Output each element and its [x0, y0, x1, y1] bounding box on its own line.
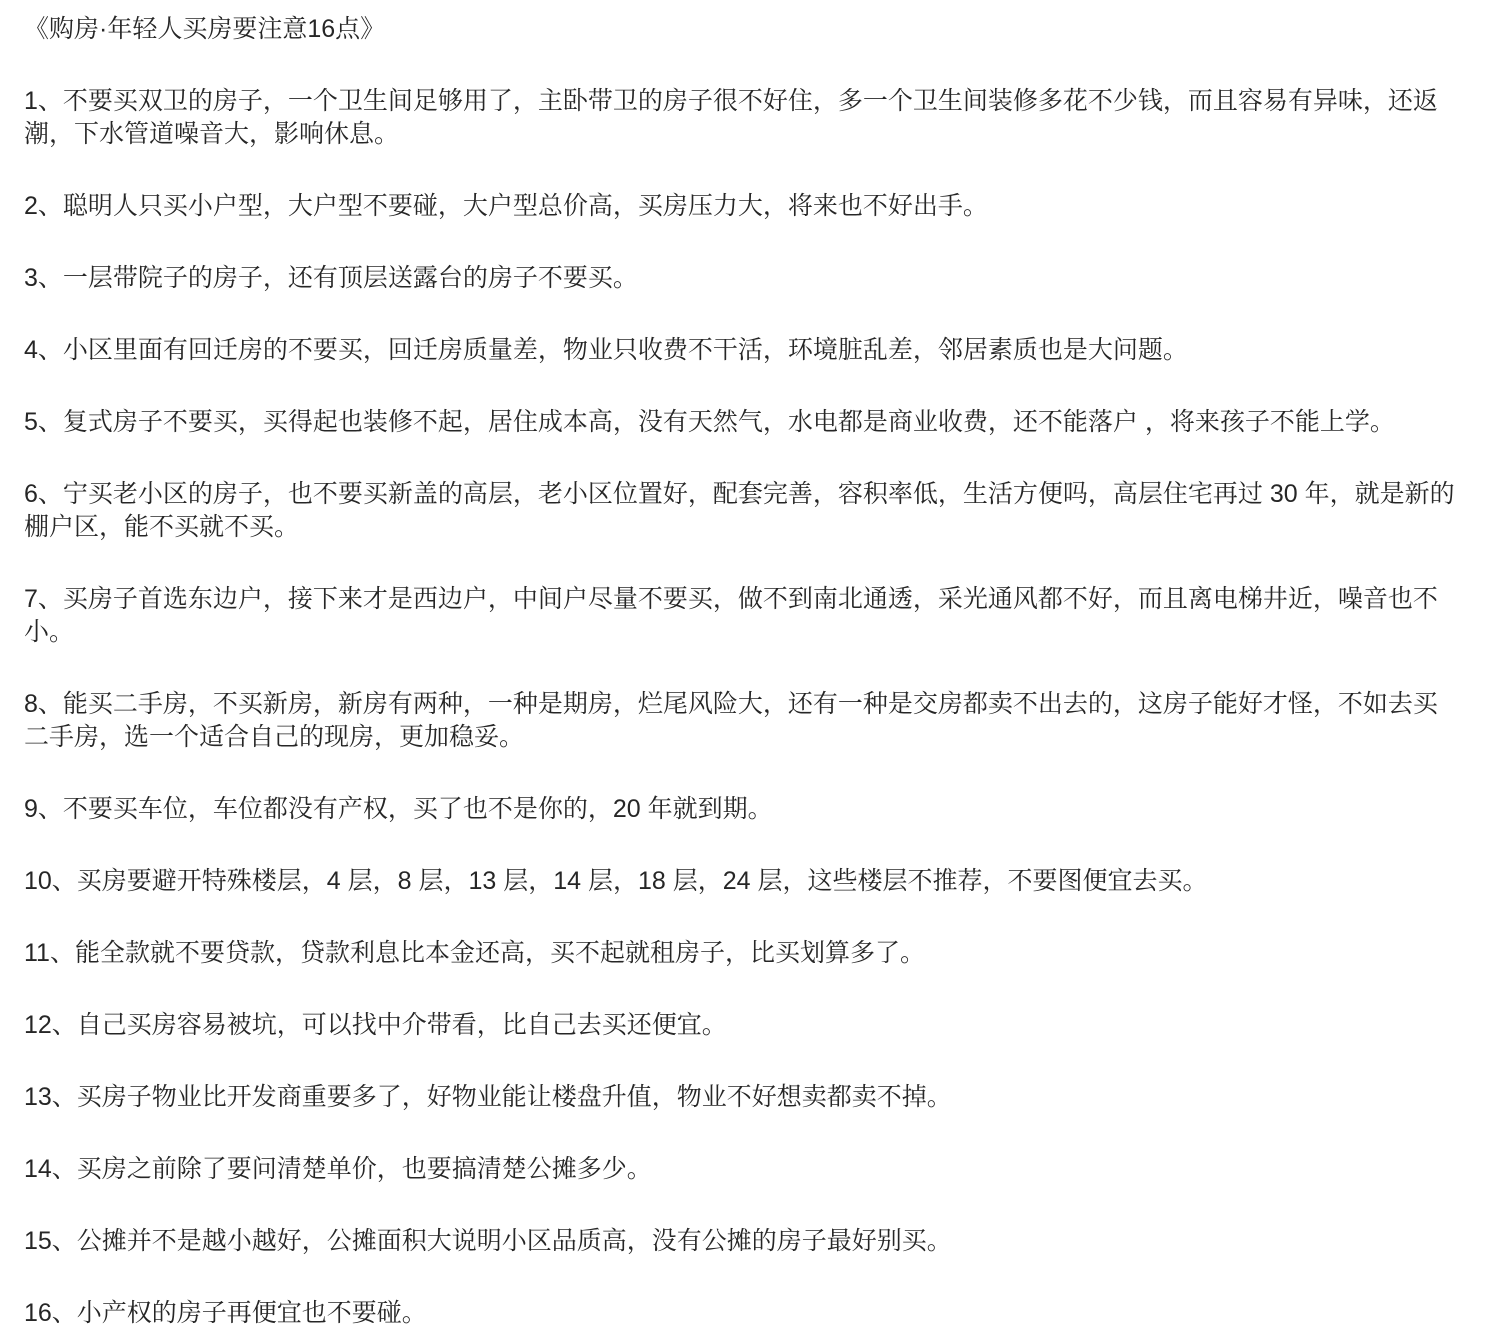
- list-item: 6、宁买老小区的房子，也不要买新盖的高层，老小区位置好，配套完善，容积率低，生活…: [24, 478, 1458, 544]
- list-item: 11、能全款就不要贷款，贷款利息比本金还高，买不起就租房子，比买划算多了。: [24, 937, 1458, 970]
- list-item: 9、不要买车位，车位都没有产权，买了也不是你的，20 年就到期。: [24, 793, 1458, 826]
- list-item: 10、买房要避开特殊楼层，4 层，8 层，13 层，14 层，18 层，24 层…: [24, 865, 1458, 898]
- page-title: 《购房·年轻人买房要注意16点》: [24, 13, 1458, 46]
- list-item: 12、自己买房容易被坑，可以找中介带看，比自己去买还便宜。: [24, 1009, 1458, 1042]
- list-item: 3、一层带院子的房子，还有顶层送露台的房子不要买。: [24, 262, 1458, 295]
- list-item: 16、小产权的房子再便宜也不要碰。: [24, 1297, 1458, 1330]
- list-item: 2、聪明人只买小户型，大户型不要碰，大户型总价高，买房压力大，将来也不好出手。: [24, 190, 1458, 223]
- list-item: 8、能买二手房，不买新房，新房有两种，一种是期房，烂尾风险大，还有一种是交房都卖…: [24, 688, 1458, 754]
- list-item: 4、小区里面有回迁房的不要买，回迁房质量差，物业只收费不干活，环境脏乱差，邻居素…: [24, 334, 1458, 367]
- list-item: 14、买房之前除了要问清楚单价，也要搞清楚公摊多少。: [24, 1153, 1458, 1186]
- list-item: 15、公摊并不是越小越好，公摊面积大说明小区品质高，没有公摊的房子最好别买。: [24, 1225, 1458, 1258]
- list-item: 5、复式房子不要买，买得起也装修不起，居住成本高，没有天然气，水电都是商业收费，…: [24, 406, 1458, 439]
- list-item: 7、买房子首选东边户，接下来才是西边户，中间户尽量不要买，做不到南北通透，采光通…: [24, 583, 1458, 649]
- list-item: 1、不要买双卫的房子，一个卫生间足够用了，主卧带卫的房子很不好住，多一个卫生间装…: [24, 85, 1458, 151]
- document-body: 《购房·年轻人买房要注意16点》 1、不要买双卫的房子，一个卫生间足够用了，主卧…: [0, 0, 1498, 1332]
- list-item: 13、买房子物业比开发商重要多了，好物业能让楼盘升值，物业不好想卖都卖不掉。: [24, 1081, 1458, 1114]
